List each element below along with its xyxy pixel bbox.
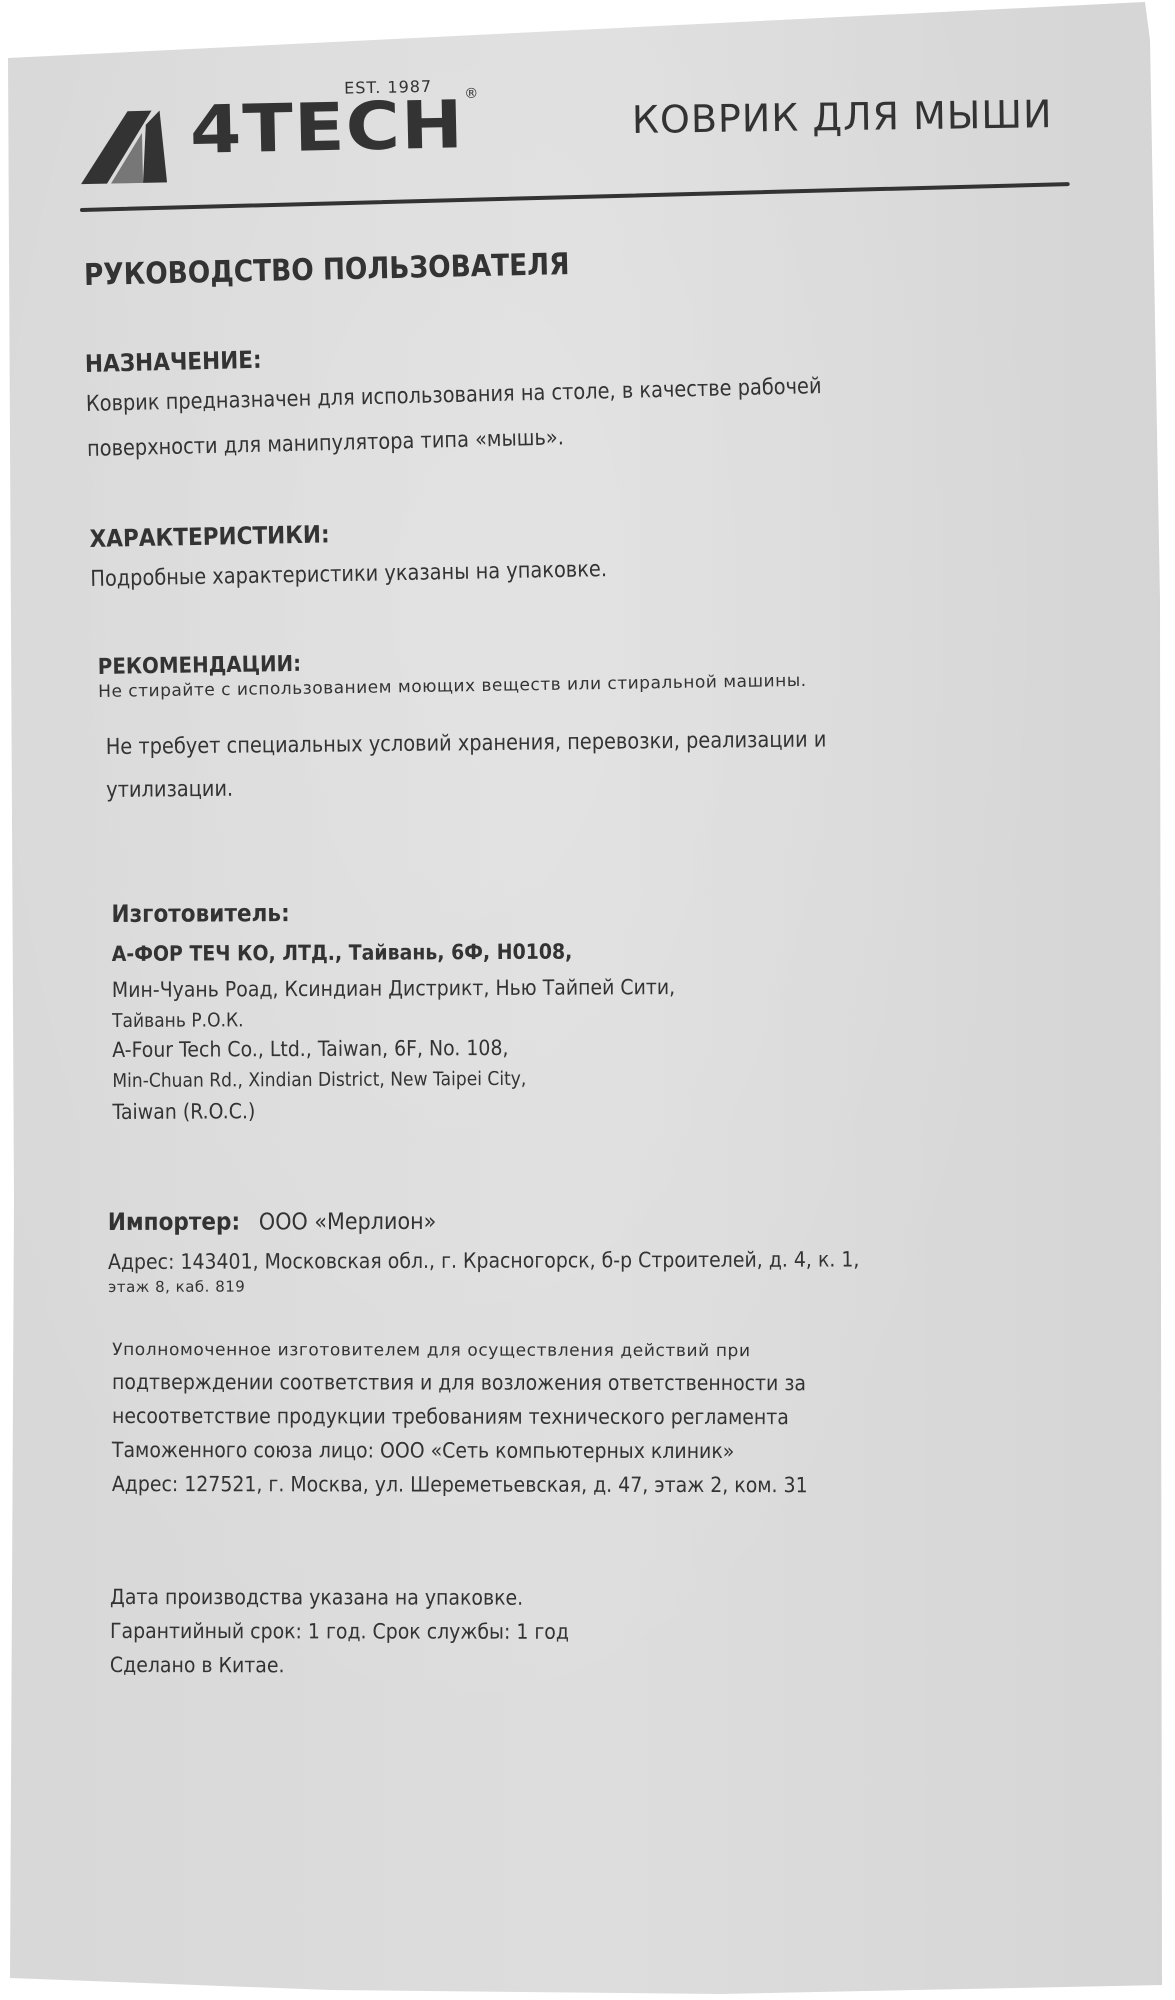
section-specs: ХАРАКТЕРИСТИКИ: Подробные характеристики…: [89, 514, 677, 592]
logo-mark-icon: [79, 104, 191, 186]
storage-line: Не требует специальных условий хранения,…: [106, 727, 827, 760]
section-recommendations: РЕКОМЕНДАЦИИ: Не стирайте с использовани…: [98, 644, 807, 702]
specs-line: Подробные характеристики указаны на упак…: [90, 557, 607, 592]
authorized-line: Таможенного союза лицо: ООО «Сеть компью…: [112, 1438, 808, 1463]
importer-address-line: Адрес: 143401, Московская обл., г. Красн…: [108, 1247, 859, 1274]
header-divider: [80, 182, 1070, 212]
brand-logo: EST. 1987 ® 4TECH: [79, 78, 481, 186]
specs-heading: ХАРАКТЕРИСТИКИ:: [89, 515, 618, 553]
section-importer: Импортер: ООО «Мерлион» Адрес: 143401, М…: [108, 1205, 943, 1296]
importer-label: Импортер:: [108, 1208, 240, 1236]
purpose-line: поверхности для манипулятора типа «мышь»…: [87, 419, 823, 462]
section-manufacturer: Изготовитель: А-ФОР ТЕЧ КО, ЛТД., Тайван…: [111, 897, 738, 1124]
manufacturer-line: A-Four Tech Co., Ltd., Taiwan, 6F, No. 1…: [112, 1035, 675, 1062]
section-purpose: НАЗНАЧЕНИЕ: Коврик предназначен для испо…: [85, 330, 924, 462]
importer-name: ООО «Мерлион»: [259, 1209, 437, 1236]
authorized-line: Адрес: 127521, г. Москва, ул. Шереметьев…: [112, 1472, 808, 1497]
section-authorized-representative: Уполномоченное изготовителем для осущест…: [112, 1340, 885, 1497]
manufacturer-line: Min-Chuan Rd., Xindian District, New Tai…: [112, 1067, 675, 1092]
importer-address-line: этаж 8, каб. 819: [108, 1275, 943, 1296]
document-title: РУКОВОДСТВО ПОЛЬЗОВАТЕЛЯ: [84, 247, 570, 293]
section-footer-info: Дата производства указана на упаковке. Г…: [110, 1585, 620, 1678]
manufacturer-line: А-ФОР ТЕЧ КО, ЛТД., Тайвань, 6Ф, Н0108,: [112, 939, 675, 966]
manufacturer-heading: Изготовитель:: [111, 897, 674, 928]
logo-wordmark: 4TECH: [189, 92, 464, 164]
authorized-line: Уполномоченное изготовителем для осущест…: [112, 1340, 885, 1361]
manufacturer-line: Тайвань Р.О.К.: [112, 1007, 675, 1032]
footer-line: Гарантийный срок: 1 год. Срок службы: 1 …: [110, 1619, 569, 1644]
purpose-line: Коврик предназначен для использования на…: [86, 374, 822, 417]
storage-note: Не требует специальных условий хранения,…: [106, 726, 926, 803]
authorized-line: несоответствие продукции требованиям тех…: [112, 1404, 808, 1429]
registered-mark-icon: ®: [464, 86, 478, 102]
manufacturer-line: Taiwan (R.O.C.): [112, 1097, 675, 1124]
product-title: КОВРИК ДЛЯ МЫШИ: [632, 92, 1053, 142]
footer-line: Сделано в Китае.: [110, 1653, 569, 1678]
authorized-line: подтверждении соответствия и для возложе…: [112, 1370, 808, 1395]
storage-line: утилизации.: [106, 770, 827, 803]
document-content: EST. 1987 ® 4TECH КОВРИК ДЛЯ МЫШИ РУКОВО…: [0, 0, 1175, 2000]
manufacturer-line: Мин-Чуань Роад, Ксиндиан Дистрикт, Нью Т…: [112, 975, 675, 1002]
footer-line: Дата производства указана на упаковке.: [110, 1585, 569, 1610]
purpose-heading: НАЗНАЧЕНИЕ:: [85, 332, 838, 378]
